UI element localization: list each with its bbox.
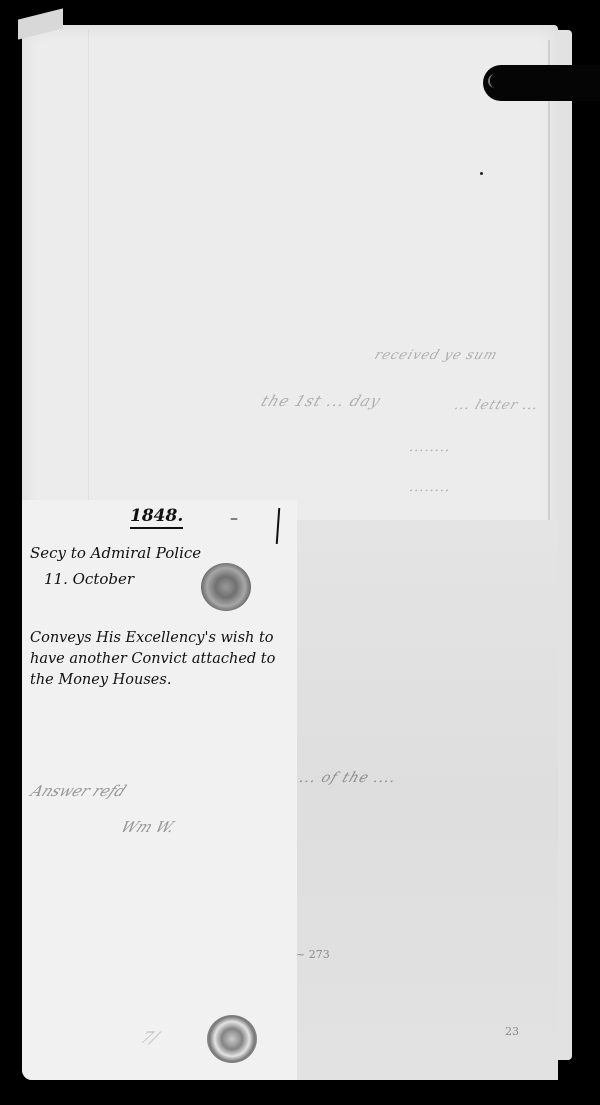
ink-speck (480, 172, 483, 175)
binder-clip (483, 65, 600, 101)
bleed-through-text: ... of the .... (297, 770, 399, 786)
docket-from: Secy to Admiral Police (30, 544, 201, 562)
faded-annotation: Wm W. (118, 818, 178, 836)
bleed-through-text: ........ (407, 440, 454, 455)
wax-seal (201, 563, 251, 611)
docket-tick (276, 508, 281, 544)
bleed-through-text: received ye sum (372, 348, 500, 363)
wax-seal-fragment (207, 1015, 257, 1063)
bleed-through-text: the 1st ... day (259, 392, 384, 410)
page-edge (548, 40, 550, 540)
docket-slip: 1848. – Secy to Admiral Police 11. Octob… (22, 500, 297, 1080)
fold-crease (88, 30, 89, 500)
faded-annotation: Answer refd (28, 782, 129, 800)
bleed-through-text: ........ (407, 480, 454, 495)
shaded-page-region (296, 520, 558, 1080)
docket-dash: – (230, 508, 238, 527)
docket-date: 11. October (44, 570, 134, 588)
docket-year: 1848. (130, 506, 183, 529)
corner-mark: 23 (505, 1025, 519, 1038)
scanned-document: received ye sum the 1st ... day ... lett… (0, 0, 600, 1105)
pencil-mark: 7/ (138, 1028, 162, 1047)
docket-summary: Conveys His Excellency's wish to have an… (30, 628, 295, 691)
bleed-through-text: ... letter ... (452, 398, 541, 413)
page-mark: ~ 273 (296, 948, 330, 961)
